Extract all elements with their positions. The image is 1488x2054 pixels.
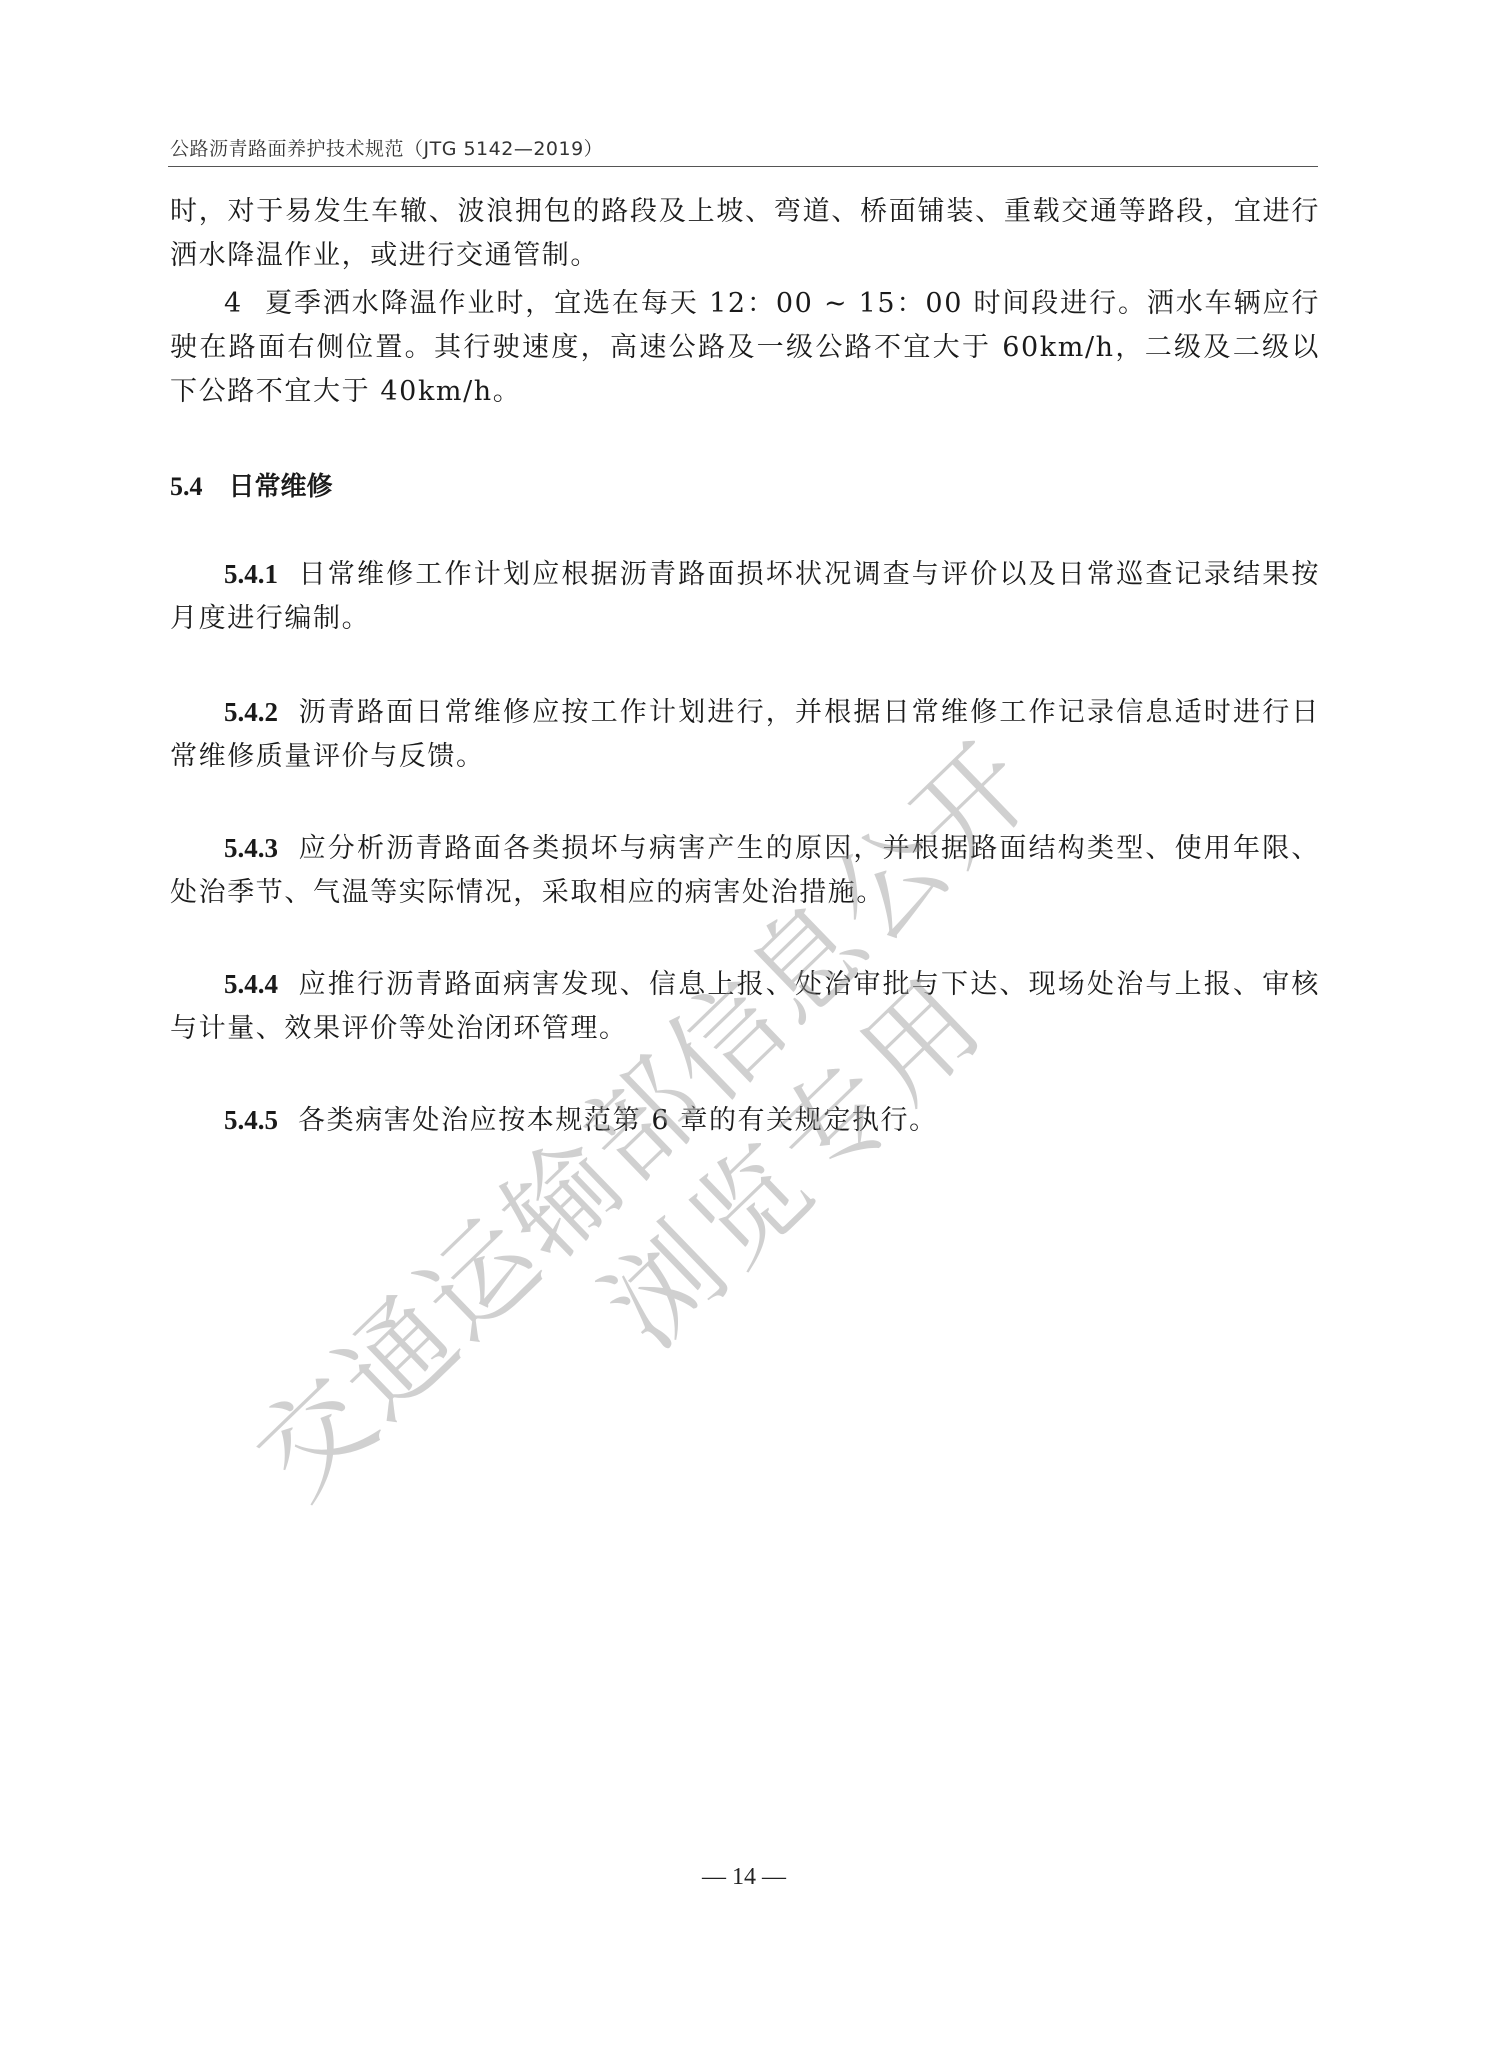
clause-number: 5.4.2 (224, 697, 278, 727)
section-title: 日常维修 (229, 472, 333, 502)
section-heading: 5.4日常维修 (170, 466, 333, 503)
page-number: — 14 — (0, 1864, 1488, 1891)
list-item-4: 4夏季洒水降温作业时，宜选在每天 12：00 ~ 15：00 时间段进行。洒水车… (170, 282, 1320, 414)
clause-number: 5.4.3 (224, 833, 278, 863)
continuation-paragraph: 时，对于易发生车辙、波浪拥包的路段及上坡、弯道、桥面铺装、重载交通等路段，宜进行… (170, 190, 1320, 278)
continuation-text: 时，对于易发生车辙、波浪拥包的路段及上坡、弯道、桥面铺装、重载交通等路段，宜进行… (170, 196, 1320, 271)
clause-5-4-3: 5.4.3应分析沥青路面各类损坏与病害产生的原因，并根据路面结构类型、使用年限、… (170, 826, 1320, 915)
clause-text: 沥青路面日常维修应按工作计划进行，并根据日常维修工作记录信息适时进行日常维修质量… (170, 697, 1320, 772)
clause-text: 应推行沥青路面病害发现、信息上报、处治审批与下达、现场处治与上报、审核与计量、效… (170, 969, 1320, 1044)
clause-5-4-5: 5.4.5各类病害处治应按本规范第 6 章的有关规定执行。 (170, 1098, 1320, 1143)
document-page: 公路沥青路面养护技术规范（JTG 5142—2019） 时，对于易发生车辙、波浪… (0, 0, 1488, 2054)
clause-number: 5.4.5 (224, 1105, 278, 1135)
list-item-number: 4 (224, 288, 243, 319)
clause-5-4-2: 5.4.2沥青路面日常维修应按工作计划进行，并根据日常维修工作记录信息适时进行日… (170, 690, 1320, 779)
section-number: 5.4 (170, 472, 203, 501)
clause-text: 应分析沥青路面各类损坏与病害产生的原因，并根据路面结构类型、使用年限、处治季节、… (170, 833, 1320, 908)
clause-5-4-4: 5.4.4应推行沥青路面病害发现、信息上报、处治审批与下达、现场处治与上报、审核… (170, 962, 1320, 1051)
header-divider (168, 166, 1318, 167)
clause-5-4-1: 5.4.1日常维修工作计划应根据沥青路面损坏状况调查与评价以及日常巡查记录结果按… (170, 552, 1320, 641)
clause-number: 5.4.1 (224, 559, 278, 589)
clause-text: 日常维修工作计划应根据沥青路面损坏状况调查与评价以及日常巡查记录结果按月度进行编… (170, 559, 1320, 634)
clause-number: 5.4.4 (224, 969, 278, 999)
list-item-text: 夏季洒水降温作业时，宜选在每天 12：00 ~ 15：00 时间段进行。洒水车辆… (170, 288, 1320, 407)
running-header: 公路沥青路面养护技术规范（JTG 5142—2019） (170, 134, 603, 161)
clause-text: 各类病害处治应按本规范第 6 章的有关规定执行。 (298, 1105, 938, 1136)
